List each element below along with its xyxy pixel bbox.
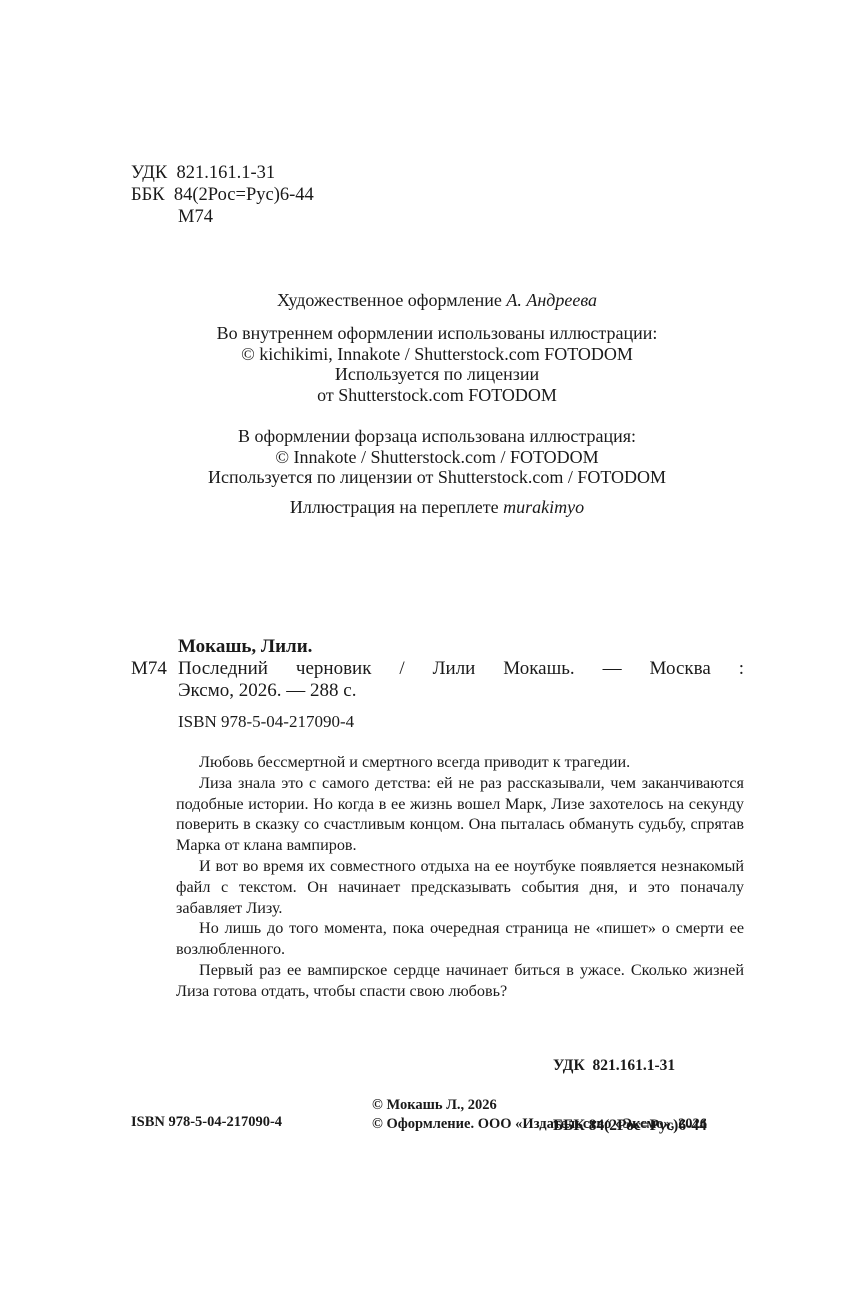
annotation-paragraph: Первый раз ее вампирское сердце начинает… — [176, 960, 744, 1002]
copyright-block: © Мокашь Л., 2026 © Оформление. ООО «Изд… — [372, 1096, 707, 1133]
credit-line: от Shutterstock.com FOTODOM — [130, 385, 744, 406]
cover-prefix: Иллюстрация на переплете — [290, 497, 499, 517]
udk-line: УДК 821.161.1-31 — [553, 1056, 707, 1076]
card-author: Мокашь, Лили. — [131, 636, 744, 658]
catalog-card: Мокашь, Лили. М74 Последний черновик / Л… — [131, 636, 744, 733]
annotation-paragraph: Лиза знала это с самого детства: ей не р… — [176, 773, 744, 856]
credit-line: © Innakote / Shutterstock.com / FOTODOM — [130, 447, 744, 468]
interior-illustrations-credit: Во внутреннем оформлении использованы ил… — [130, 323, 744, 405]
copyright-author: © Мокашь Л., 2026 — [372, 1096, 707, 1115]
art-design-credit: Художественное оформление А. Андреева — [130, 290, 744, 311]
credit-line: Используется по лицензии от Shutterstock… — [130, 467, 744, 488]
art-design-prefix: Художественное оформление — [277, 290, 502, 310]
annotation-paragraph: Любовь бессмертной и смертного всегда пр… — [176, 752, 744, 773]
cover-artist: murakimyo — [503, 497, 584, 517]
footer-isbn: ISBN 978-5-04-217090-4 — [131, 1114, 282, 1131]
bbk-label: ББК — [131, 185, 165, 205]
art-design-name: А. Андреева — [506, 290, 597, 310]
annotation-paragraph: Но лишь до того момента, пока очередная … — [176, 918, 744, 960]
udk-label: УДК — [131, 163, 167, 183]
cover-illustration-credit: Иллюстрация на переплете murakimyo — [130, 497, 744, 518]
endpaper-illustration-credit: В оформлении форзаца использована иллюст… — [130, 426, 744, 488]
udk-value: 821.161.1-31 — [176, 163, 275, 183]
classification-bottom: УДК 821.161.1-31 ББК 84(2Рос=Рус)6-44 — [553, 1016, 707, 1156]
credit-line: Используется по лицензии — [130, 364, 744, 385]
card-description-line2: Эксмо, 2026. — 288 с. — [131, 680, 744, 702]
copyright-design: © Оформление. ООО «Издательство «Эксмо»,… — [372, 1115, 707, 1134]
card-code: М74 — [131, 658, 178, 680]
credit-line: В оформлении форзаца использована иллюст… — [130, 426, 744, 447]
credit-line: Во внутреннем оформлении использованы ил… — [130, 323, 744, 344]
bbk-value: 84(2Рос=Рус)6-44 — [174, 185, 314, 205]
classification-top: УДК 821.161.1-31 ББК 84(2Рос=Рус)6-44 М7… — [131, 162, 314, 228]
bbk-row: ББК 84(2Рос=Рус)6-44 — [131, 184, 314, 206]
card-description-row: М74 Последний черновик / Лили Мокашь. — … — [131, 658, 744, 680]
card-description-line1: Последний черновик / Лили Мокашь. — Моск… — [178, 658, 744, 680]
card-isbn: ISBN 978-5-04-217090-4 — [131, 711, 744, 733]
udk-row: УДК 821.161.1-31 — [131, 162, 314, 184]
annotation: Любовь бессмертной и смертного всегда пр… — [176, 752, 744, 1002]
author-mark: М74 — [131, 206, 314, 228]
credit-line: © kichikimi, Innakote / Shutterstock.com… — [130, 344, 744, 365]
annotation-paragraph: И вот во время их совместного отдыха на … — [176, 856, 744, 918]
